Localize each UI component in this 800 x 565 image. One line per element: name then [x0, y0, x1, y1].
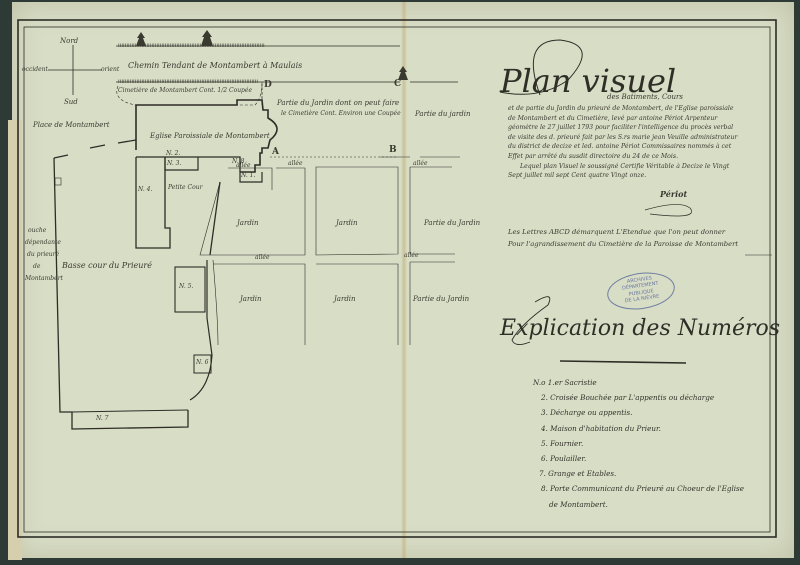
- legend-item-8: 8. Porte Communicant du Prieuré au Choeu…: [533, 484, 744, 499]
- ouche-label-5: Montambert: [25, 276, 63, 282]
- letters-note: Les Lettres ABCD démarquent L'Etendue qu…: [508, 227, 778, 250]
- ouche-label-1: ouche: [28, 228, 46, 234]
- svg-text:ıııııııııııııııııııııııııııııı: ıııııııııııııııııııııııııııııııııııııııı…: [118, 78, 258, 85]
- building-n2: N. 2.: [166, 151, 180, 157]
- legend-item-2: 2. Croisée Bouchée par L'appentis ou déc…: [533, 393, 744, 408]
- place-label: Place de Montambert: [33, 122, 110, 129]
- building-n6: N. 6: [196, 360, 209, 366]
- partie-jardin-label: Partie du Jardin: [424, 220, 480, 227]
- title-description: et de partie du Jardin du prieuré de Mon…: [508, 104, 778, 181]
- garden-part-cemetery-line1: Partie du Jardin dont on peut faire: [277, 100, 399, 107]
- legend-item-1: N.o 1.er Sacristie: [533, 378, 744, 393]
- explanation-legend: N.o 1.er Sacristie 2. Croisée Bouchée pa…: [533, 378, 744, 515]
- ouche-label-3: du prieuré: [27, 252, 59, 258]
- road-label: Chemin Tendant de Montambert à Maulais: [128, 62, 302, 70]
- legend-item-7: 7. Grange et Etables.: [533, 469, 744, 484]
- compass-west: occident: [22, 67, 48, 73]
- garden-part-top: Partie du jardin: [415, 111, 470, 118]
- garden-part-cemetery-line2: le Cimetière Cont. Environ une Coupée: [281, 111, 401, 117]
- plan-title-rest: des Batiments, Cours: [607, 94, 683, 101]
- legend-item-6: 6. Poulailler.: [533, 454, 744, 469]
- allee-label: allée: [404, 253, 419, 259]
- tree-icon: [398, 66, 408, 80]
- tree-icon: [201, 30, 213, 46]
- signature: Périot: [660, 190, 687, 198]
- letter-c: C: [394, 80, 401, 89]
- jardin-label: Jardin: [240, 296, 262, 303]
- partie-jardin-label: Partie du Jardin: [413, 296, 469, 303]
- allee-label: allée: [413, 161, 428, 167]
- church-label: Eglise Paroissiale de Montambert: [150, 133, 270, 140]
- compass-north: Nord: [60, 38, 78, 45]
- petite-cour-label: Petite Cour: [168, 185, 202, 191]
- building-n5: N. 5.: [179, 284, 193, 290]
- letter-b: B: [389, 146, 397, 155]
- letter-d: D: [264, 81, 272, 90]
- ouche-label-2: dépendante: [25, 240, 61, 246]
- jardin-label: Jardin: [336, 220, 358, 227]
- tree-icon: [136, 32, 146, 46]
- explanation-title: Explication des Numéros: [500, 316, 780, 341]
- building-n7: N. 7: [96, 416, 109, 422]
- legend-item-8-cont: de Montambert.: [533, 500, 744, 515]
- allee-label: allée: [288, 161, 303, 167]
- compass-east: orient: [101, 67, 119, 73]
- basse-cour-label: Basse cour du Prieuré: [62, 262, 152, 270]
- allee-label: allée: [255, 255, 270, 261]
- legend-item-3: 3. Décharge ou appentis.: [533, 408, 744, 423]
- legend-item-4: 4. Maison d'habitation du Prieur.: [533, 424, 744, 439]
- building-n1: N. 1.: [241, 173, 255, 179]
- cemetery-label: Cimetière de Montambert Cont. 1/2 Coupée: [118, 88, 252, 94]
- letter-a: A: [272, 148, 279, 157]
- ouche-label-4: de: [33, 264, 40, 270]
- building-n3: N. 3.: [167, 161, 181, 167]
- legend-item-5: 5. Fournier.: [533, 439, 744, 454]
- jardin-label: Jardin: [334, 296, 356, 303]
- jardin-label: Jardin: [237, 220, 259, 227]
- compass-south: Sud: [64, 99, 78, 106]
- allee-label: allée: [236, 163, 251, 169]
- building-n4: N. 4.: [138, 187, 152, 193]
